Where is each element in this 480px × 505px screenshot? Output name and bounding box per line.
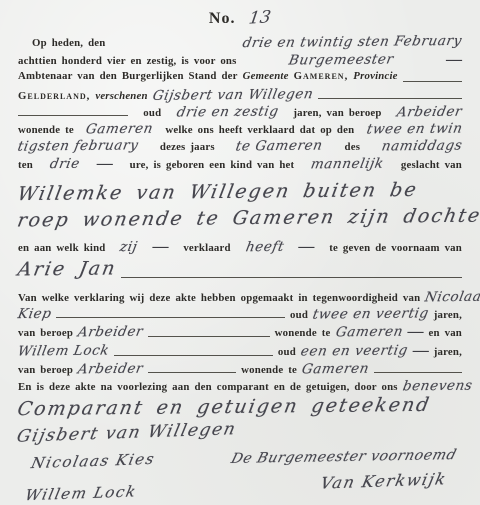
document-line: Gijsbert van Willegen	[18, 421, 462, 445]
printed-text-italic: Gemeente	[243, 70, 289, 82]
printed-text: oud	[143, 107, 161, 119]
document-lines: Op heden, dendrie en twintig sten Februa…	[18, 34, 462, 445]
document-line: Van welke verklaring wij deze akte hebbe…	[18, 289, 462, 305]
handwritten-text: twee en twin	[365, 121, 464, 138]
printed-text: Op heden, den	[32, 37, 106, 49]
handwritten-text: Arbeider	[77, 324, 145, 341]
printed-text: en van	[429, 327, 463, 339]
handwritten-text: drie en twintig sten February	[242, 33, 464, 51]
handwritten-text: Nicolaas	[424, 289, 480, 306]
document-line: Willem Lockoudeen en veertig—jaren,	[18, 342, 462, 360]
act-number-value: 13	[248, 7, 273, 28]
handwritten-text: Arbeider	[77, 361, 145, 378]
birth-certificate-document: No. 13 Op heden, dendrie en twintig sten…	[0, 0, 480, 505]
handwritten-text: tigsten february	[16, 137, 139, 154]
ink-dash: —	[97, 155, 113, 173]
document-line: En is deze akte na voorlezing aan den co…	[18, 378, 462, 394]
handwritten-text: Gijsbert van Willegen	[151, 86, 314, 104]
printed-text: verklaard	[183, 242, 230, 254]
printed-text: En is deze akte na voorlezing aan den co…	[18, 381, 398, 393]
document-line: Gelderland,verschenenGijsbert van Willeg…	[18, 87, 462, 103]
rule-line	[114, 355, 273, 356]
printed-text: te geven de voornaam van	[329, 242, 462, 254]
document-line: Ambtenaar van den Burgerlijken Stand der…	[18, 70, 462, 86]
handwritten-text: namiddags	[380, 138, 463, 155]
printed-text: van beroep	[18, 364, 73, 376]
printed-text: ure, is geboren een kind van het	[130, 159, 295, 171]
printed-text: welke ons heeft verklaard dat op den	[165, 124, 354, 136]
document-line: tigsten februarydezes jaarste Gamerendes…	[18, 138, 462, 154]
document-line: tendrie—ure, is geboren een kind van het…	[18, 155, 462, 173]
handwritten-text: een en veertig	[299, 342, 409, 359]
act-number-header: No. 13	[18, 8, 462, 28]
rule-line	[318, 98, 462, 99]
printed-text: jaren, van beroep	[293, 107, 381, 119]
document-line: wonende teGamerenwelke ons heeft verklaa…	[18, 121, 462, 137]
handwritten-text: Gameren	[334, 324, 404, 341]
witness-signatures: Nicolaas Kies Willem Lock	[32, 449, 155, 505]
rule-line	[148, 372, 236, 373]
printed-smallcaps: Gameren,	[294, 70, 349, 82]
handwritten-text: Willem Lock	[16, 343, 110, 360]
ink-dash: —	[408, 323, 424, 341]
handwritten-text: benevens	[401, 378, 473, 395]
printed-text: Ambtenaar van den Burgerlijken Stand der	[18, 70, 238, 82]
document-line: achttien honderd vier en zestig, is voor…	[18, 51, 462, 69]
document-line: roep wonende te Gameren zijn dochter	[18, 206, 462, 231]
printed-text-italic: Provincie	[353, 70, 397, 82]
signature-witness-1: Nicolaas Kies	[29, 447, 158, 475]
document-line: en aan welk kindzij—verklaardheeft—te ge…	[18, 238, 462, 256]
rule-line	[121, 277, 462, 278]
printed-text: achttien honderd vier en zestig, is voor…	[18, 55, 237, 67]
signature-witness-2: Willem Lock	[23, 479, 158, 505]
handwritten-text-large: Willemke van Willegen buiten be	[15, 178, 420, 207]
printed-text: des	[345, 141, 361, 153]
signature-block: Nicolaas Kies Willem Lock De Burgemeeste…	[18, 449, 462, 505]
handwritten-text: twee en veertig	[311, 305, 430, 322]
official-signatures: De Burgemeester voornoemd Van Kerkwijk	[232, 449, 456, 505]
document-line: van beroepArbeiderwonende teGameren	[18, 361, 462, 377]
handwritten-text: zij	[119, 239, 139, 255]
handwritten-text: heeft	[244, 239, 285, 255]
document-line: Comparant en getuigen geteekend	[18, 395, 462, 420]
ink-dash: —	[153, 238, 169, 256]
rule-line	[374, 372, 462, 373]
printed-text: oud	[278, 346, 296, 358]
handwritten-text-large: Arie Jan	[16, 256, 119, 282]
handwritten-text: Kiep	[16, 306, 52, 322]
document-line: ouddrie en zestigjaren, van beroepArbeid…	[18, 104, 462, 120]
printed-text: jaren,	[434, 309, 462, 321]
handwritten-text: Gameren	[85, 121, 155, 138]
printed-text: wonende te	[241, 364, 297, 376]
printed-text: wonende te	[275, 327, 331, 339]
handwritten-text: mannelijk	[310, 156, 386, 173]
printed-text: oud	[290, 309, 308, 321]
document-line: Willemke van Willegen buiten be	[18, 180, 462, 205]
rule-line	[18, 115, 128, 116]
printed-text: ten	[18, 159, 33, 171]
signature-burgemeester: Van Kerkwijk	[229, 467, 450, 498]
handwritten-signature: Gijsbert van Willegen	[15, 417, 239, 449]
printed-smallcaps: Gelderland,	[18, 90, 90, 102]
printed-text: Van welke verklaring wij deze akte hebbe…	[18, 292, 420, 304]
handwritten-text-large: roep wonende te Gameren zijn dochter	[15, 204, 480, 234]
printed-text: dezes jaars	[160, 141, 215, 153]
document-line: Kiepoudtwee en veertigjaren,	[18, 306, 462, 322]
printed-text-italic: verschenen	[95, 90, 147, 102]
handwritten-text: Burgemeester	[287, 51, 395, 68]
ink-dash: —	[413, 342, 429, 360]
burgemeester-title: De Burgemeester voornoemd	[230, 447, 459, 467]
ink-dash: —	[298, 238, 314, 256]
handwritten-text: Gameren	[300, 361, 370, 378]
printed-text: jaren,	[434, 346, 462, 358]
rule-line	[403, 81, 462, 82]
document-line: Op heden, dendrie en twintig sten Februa…	[18, 34, 462, 50]
printed-text: geslacht van	[401, 159, 462, 171]
act-number-label: No.	[209, 10, 236, 27]
ink-dash: —	[446, 51, 462, 69]
printed-text: van beroep	[18, 327, 73, 339]
handwritten-text: te Gameren	[235, 138, 325, 155]
handwritten-text: drie en zestig	[175, 103, 280, 120]
rule-line	[148, 336, 270, 337]
rule-line	[56, 317, 285, 318]
handwritten-text: Arbeider	[395, 104, 463, 121]
document-line: van beroepArbeiderwonende teGameren—en v…	[18, 323, 462, 341]
handwritten-text: drie	[48, 156, 81, 172]
printed-text: wonende te	[18, 124, 74, 136]
printed-text: en aan welk kind	[18, 242, 106, 254]
document-line: Arie Jan	[18, 257, 462, 282]
